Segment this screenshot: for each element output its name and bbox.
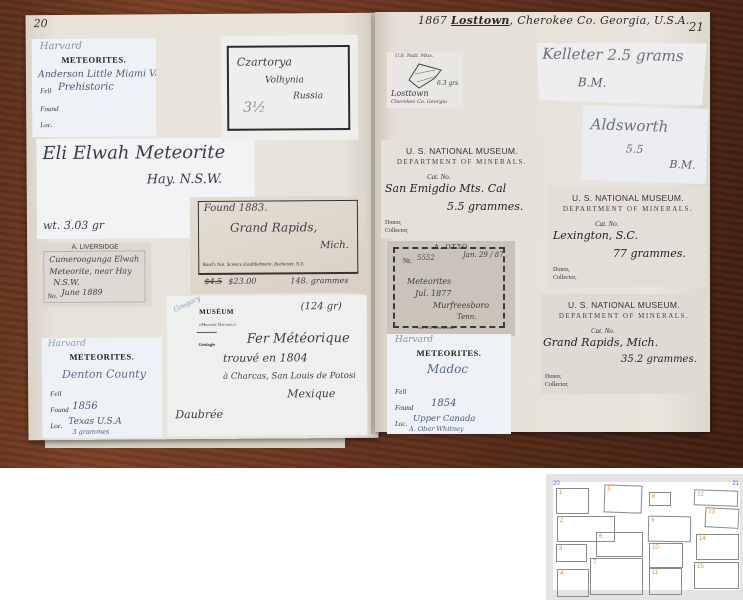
right-page: 21 U.S. Natl. Mus. 6.3 grs Losttown Cher… [375, 12, 710, 432]
header-place: Losttown [451, 14, 510, 27]
header-location: , Cherokee Co. Georgia, U.S.A. [510, 14, 690, 27]
slip-line-1: Meteorites [407, 277, 451, 286]
label-heading: A. LIVERSIDGE [39, 243, 151, 251]
loc-label: Loc. [395, 420, 407, 428]
slip-line-2: Volhynia [265, 75, 304, 85]
header-year: 1867 [418, 14, 447, 27]
key-right-page-number: 21 [732, 481, 739, 487]
slip-line-4: Mexique [287, 387, 335, 400]
slip-line-2: trouvé en 1804 [223, 351, 308, 365]
key-box-5: 5 [604, 484, 643, 513]
label-heading: METEORITES. [42, 351, 162, 362]
slip-line-1: Grand Rapids, Mich. [543, 336, 658, 349]
wards-footer: Ward's Nat. Science Establishment, Roche… [202, 262, 304, 268]
key-left-page-number: 20 [553, 481, 560, 487]
key-number: 1 [559, 490, 562, 496]
label-11-harvard-madoc: Harvard METEORITES. Madoc Fell Found 185… [387, 334, 511, 434]
slip-line-2: Jul. 1877 [415, 289, 451, 298]
fell-label: Fell [40, 87, 51, 95]
otto-footer: Gen. Will. Lemmerzahl [417, 325, 454, 330]
price: $23.00 [228, 277, 256, 286]
key-box-7: 7 [590, 558, 643, 595]
label-heading: METEORITES. [32, 54, 156, 65]
pencil-note: Harvard [395, 335, 433, 345]
slip-line-2: 35.2 grammes. [621, 354, 697, 365]
key-box-11: 11 [649, 568, 682, 595]
fell-value: Prehistoric [58, 82, 114, 93]
usnm-title: U. S. NATIONAL MUSEUM. [381, 146, 543, 156]
donor-label: Donor, [553, 267, 570, 273]
slip-line-2: 5.5 [626, 142, 644, 156]
key-number: 12 [697, 491, 704, 497]
slip-line-3: wt. 3.03 gr [43, 219, 104, 232]
slip-line-2: Grand Rapids, [230, 220, 317, 235]
slip-line-1: Found 1883. [204, 203, 268, 214]
right-page-number: 21 [689, 20, 704, 34]
key-box-15: 15 [694, 562, 739, 589]
slip-line-3: Mich. [320, 240, 349, 251]
label-5-czartorya: Czartorya Volhynia Russia 3½ [221, 35, 359, 141]
slip-line-4: Tenn. [457, 313, 477, 321]
key-box-10: 10 [649, 543, 683, 568]
nr-value: 5552 [417, 254, 435, 262]
label-8-losttown-sketch: U.S. Natl. Mus. 6.3 grs Losttown Cheroke… [387, 52, 463, 108]
found-value: 1856 [72, 401, 98, 412]
label-heading: METEORITES. [387, 348, 511, 358]
weight: (124 gr) [301, 301, 342, 312]
weight: 6.3 grs [437, 80, 458, 87]
collector-label: Collector, [545, 382, 569, 388]
price-old: $4.5 [204, 277, 222, 286]
sketch-top-note: U.S. Natl. Mus. [395, 53, 433, 59]
key-box-12: 12 [694, 489, 739, 507]
key-box-6: 6 [596, 532, 643, 557]
label-15-usnm-grand-rapids: U. S. NATIONAL MUSEUM. DEPARTMENT OF MIN… [541, 294, 707, 394]
donor-label: Donor, [385, 220, 402, 226]
key-number: 5 [607, 486, 611, 492]
key-box-4: 4 [557, 569, 589, 597]
label-heading: A. OTTO [387, 243, 515, 251]
key-box-1: 1 [556, 488, 589, 514]
loc-value: Upper Canada [413, 414, 475, 424]
museum-subheading: d'Histoire Naturelle [179, 322, 257, 328]
slip-line-1: Czartorya [237, 55, 292, 68]
label-key-diagram: 20 21 1 2 3 4 5 6 7 8 9 10 11 12 13 14 1… [546, 474, 743, 600]
key-number: 11 [652, 570, 658, 576]
slip-line-3: N.S.W. [53, 278, 79, 287]
key-box-8: 8 [649, 492, 671, 506]
found-value: 1854 [431, 398, 456, 409]
key-number: 7 [593, 560, 596, 566]
meteorite-name: Madoc [427, 362, 468, 376]
usnm-title: U. S. NATIONAL MUSEUM. [549, 193, 707, 203]
weight: 3½ [243, 100, 266, 116]
date: Jan. 29 / 87 [463, 251, 504, 259]
slip-line-3: Murfreesboro [433, 301, 489, 310]
slip-line-2: Hay. N.S.W. [147, 172, 223, 188]
label-14-usnm-lexington: U. S. NATIONAL MUSEUM. DEPARTMENT OF MIN… [549, 187, 707, 287]
loc-value: Texas U.S.A [68, 417, 121, 427]
slip-line-2: 5.5 grammes. [447, 200, 523, 213]
key-box-13: 13 [704, 507, 739, 529]
usnm-department: DEPARTMENT OF MINERALS. [381, 158, 543, 166]
label-6-wards: Found 1883. Grand Rapids, Mich. Ward's N… [190, 196, 367, 294]
date: June 1889 [61, 288, 102, 297]
slip-line-1: Lexington, S.C. [553, 229, 638, 242]
pencil-note: Harvard [40, 41, 82, 52]
slip-line-2: B.M. [578, 75, 607, 89]
key-number: 3 [559, 546, 562, 552]
collector-label: Collector, [385, 228, 409, 234]
collector-label: Collector, [553, 275, 577, 281]
weight-note: 3 grammes [72, 428, 109, 436]
loc-label: Loc. [40, 121, 52, 129]
slip-line-3: à Charcas, San Louis de Potosi [223, 371, 356, 382]
key-number: 15 [697, 564, 704, 570]
cat-no-label: Cat. No. [427, 173, 451, 181]
fell-label: Fell [50, 390, 61, 398]
no-label: No. [47, 292, 57, 300]
key-box-14: 14 [696, 534, 739, 560]
label-12-kelleter: Kelleter 2.5 grams B.M. [535, 41, 706, 106]
slip-line-1: Eli Elwah Meteorite [42, 142, 225, 164]
found-label: Found [40, 105, 58, 113]
cat-no-label: Cat. No. [595, 220, 619, 228]
key-diagram-canvas: 20 21 1 2 3 4 5 6 7 8 9 10 11 12 13 14 1… [553, 482, 740, 590]
usnm-department: DEPARTMENT OF MINERALS. [549, 205, 707, 213]
weight: 148. grammes [290, 276, 348, 285]
slip-line-1: Kelleter 2.5 grams [542, 45, 684, 65]
found-label: Found [50, 406, 68, 414]
key-number: 6 [599, 534, 602, 540]
donor-label: Donor, [545, 374, 562, 380]
label-3-liversidge: A. LIVERSIDGE Cumeroogunga Elwah Meteori… [39, 242, 151, 307]
slip-line-1: Cumeroogunga Elwah [49, 254, 139, 264]
found-label: Found [395, 404, 413, 412]
slip-line-3: B.M. [669, 158, 696, 172]
slip-line-1: San Emigdio Mts. Cal [385, 182, 506, 195]
collector-note: A. Ober Whitney [409, 425, 464, 433]
key-number: 13 [708, 509, 715, 515]
label-7-museum-paris: Gregory MUSÉUM d'Histoire Naturelle Géol… [166, 295, 367, 436]
usnm-department: DEPARTMENT OF MINERALS. [541, 312, 707, 320]
label-13-aldsworth: Aldsworth 5.5 B.M. [581, 105, 709, 184]
slip-line-3: Russia [293, 91, 323, 101]
key-number: 8 [652, 494, 655, 500]
museum-heading: MUSÉUM [187, 308, 247, 316]
cat-no-label: Cat. No. [591, 327, 615, 335]
usnm-title: U. S. NATIONAL MUSEUM. [541, 300, 707, 310]
slip-line-1: Losttown [391, 89, 428, 98]
department: Géologie [189, 342, 225, 347]
key-number: 10 [652, 545, 659, 551]
fell-label: Fell [395, 388, 406, 396]
label-9-usnm-san-emigdio: U. S. NATIONAL MUSEUM. DEPARTMENT OF MIN… [381, 140, 543, 238]
right-page-header: 1867 Losttown, Cherokee Co. Georgia, U.S… [418, 14, 690, 27]
left-page: 20 Harvard METEORITES. Anderson Little M… [26, 13, 379, 440]
meteorite-name: Anderson Little Miami Val. [38, 68, 156, 80]
album-photograph: 20 Harvard METEORITES. Anderson Little M… [0, 0, 743, 468]
key-number: 4 [560, 571, 563, 577]
key-box-3: 3 [556, 544, 587, 562]
slip-line-2: 77 grammes. [613, 247, 686, 260]
key-number: 14 [699, 536, 706, 542]
key-number: 2 [560, 518, 563, 524]
left-page-number: 20 [34, 17, 48, 30]
pencil-note: Harvard [48, 339, 86, 349]
slip-line-2: Cherokee Co. Georgia [391, 99, 447, 105]
label-4-harvard: Harvard METEORITES. Denton County Fell F… [42, 337, 163, 438]
label-1-harvard: Harvard METEORITES. Anderson Little Miam… [32, 38, 157, 137]
loc-label: Loc. [50, 422, 62, 430]
key-number: 9 [651, 518, 654, 524]
nr-label: Nr. [403, 257, 412, 265]
key-box-9: 9 [648, 516, 691, 543]
slip-line-1: Aldsworth [590, 115, 668, 136]
label-10-otto: A. OTTO Nr. 5552 Jan. 29 / 87 Meteorites… [387, 241, 515, 336]
slip-line-1: Fer Météorique [247, 331, 350, 347]
slip-line-2: Meteorite, near Hay [49, 266, 131, 276]
signature: Daubrée [175, 408, 223, 421]
meteorite-name: Denton County [62, 367, 146, 381]
